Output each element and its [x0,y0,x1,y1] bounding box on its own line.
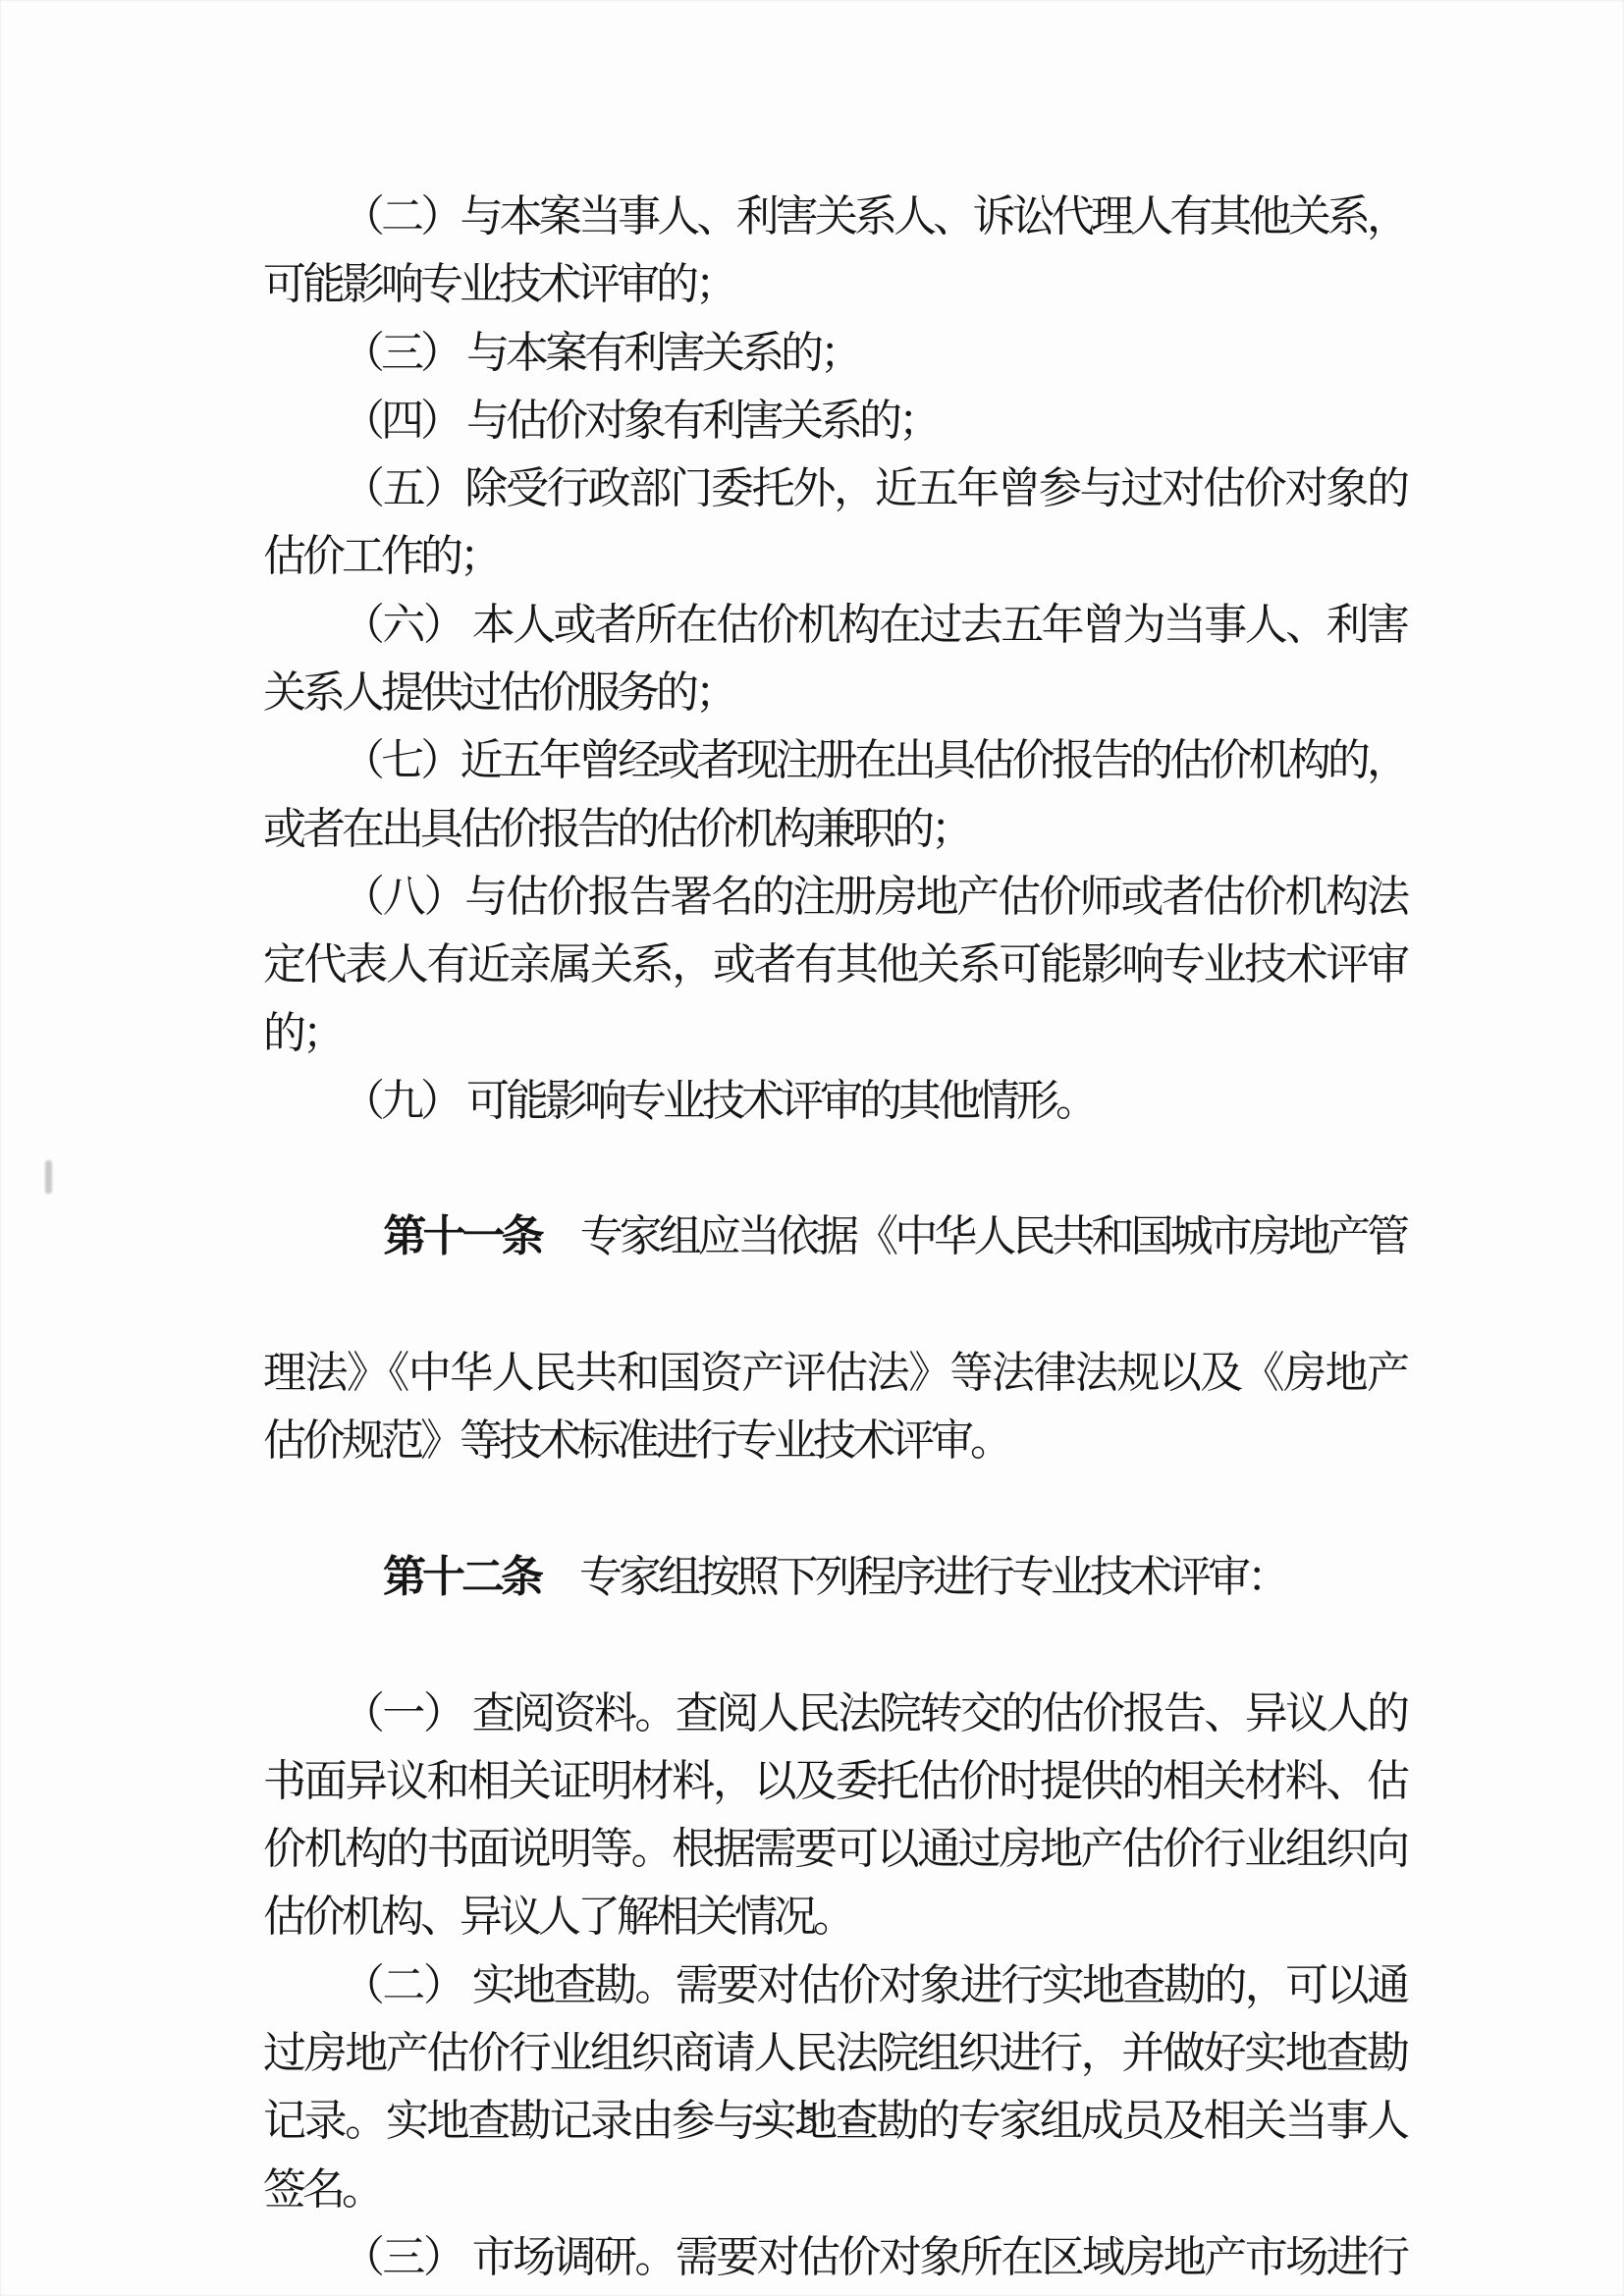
text-line: （五）除受行政部门委托外，近五年曾参与过对估价对象的 [263,454,1406,522]
text-line: 关系人提供过估价服务的； [263,659,1406,726]
article-number: 第十二条 [383,1553,540,1601]
text-line: （九） 可能影响专业技术评审的其他情形。 [263,1067,1406,1135]
text-line: 第十一条 专家组应当依据《中华人民共和国城市房地产管 [263,1135,1406,1339]
document-page: （二）与本案当事人、利害关系人、诉讼代理人有其他关系， 可能影响专业技术评审的；… [0,0,1624,2296]
text-line: 定代表人有近亲属关系，或者有其他关系可能影响专业技术评审 [263,931,1406,998]
text-line: （一） 查阅资料。查阅人民法院转交的估价报告、异议人的 [263,1680,1406,1747]
article-number: 第十一条 [383,1212,540,1260]
scan-artifact [45,1160,52,1194]
text-line: 可能影响专业技术评审的； [263,250,1406,318]
text-line: 第十二条 专家组按照下列程序进行专业技术评审： [263,1475,1406,1680]
text-line: 过房地产估价行业组织商请人民法院组织进行，并做好实地查勘 [263,2019,1406,2087]
text-line: （二）与本案当事人、利害关系人、诉讼代理人有其他关系， [263,183,1406,250]
text-line: （三） 市场调研。需要对估价对象所在区域房地产市场进行 [263,2223,1406,2291]
article-text: 专家组按照下列程序进行专业技术评审： [540,1553,1286,1601]
text-line: 或者在出具估价报告的估价机构兼职的； [263,795,1406,863]
text-line: 估价机构、异议人了解相关情况。 [263,1883,1406,1950]
text-line: （六） 本人或者所在估价机构在过去五年曾为当事人、利害 [263,591,1406,659]
text-line: 价机构的书面说明等。根据需要可以通过房地产估价行业组织向 [263,1815,1406,1883]
text-line: （七）近五年曾经或者现注册在出具估价报告的估价机构的， [263,726,1406,794]
text-line: （四） 与估价对象有利害关系的； [263,387,1406,454]
article-text: 专家组应当依据《中华人民共和国城市房地产管 [541,1212,1406,1260]
text-line: 书面异议和相关证明材料，以及委托估价时提供的相关材料、估 [263,1747,1406,1815]
text-line: 估价工作的； [263,522,1406,590]
text-line: 理法》《中华人民共和国资产评估法》等法律法规以及《房地产 [263,1339,1406,1407]
text-line: 的； [263,999,1406,1067]
document-body: （二）与本案当事人、利害关系人、诉讼代理人有其他关系， 可能影响专业技术评审的；… [263,183,1406,2291]
page-number: – 5 – [0,2097,1624,2143]
text-line: 签名。 [263,2156,1406,2223]
text-line: （八）与估价报告署名的注册房地产估价师或者估价机构法 [263,863,1406,931]
text-line: （三） 与本案有利害关系的； [263,319,1406,387]
text-line: 估价规范》等技术标准进行专业技术评审。 [263,1407,1406,1474]
text-line: （二） 实地查勘。需要对估价对象进行实地查勘的，可以通 [263,1951,1406,2019]
